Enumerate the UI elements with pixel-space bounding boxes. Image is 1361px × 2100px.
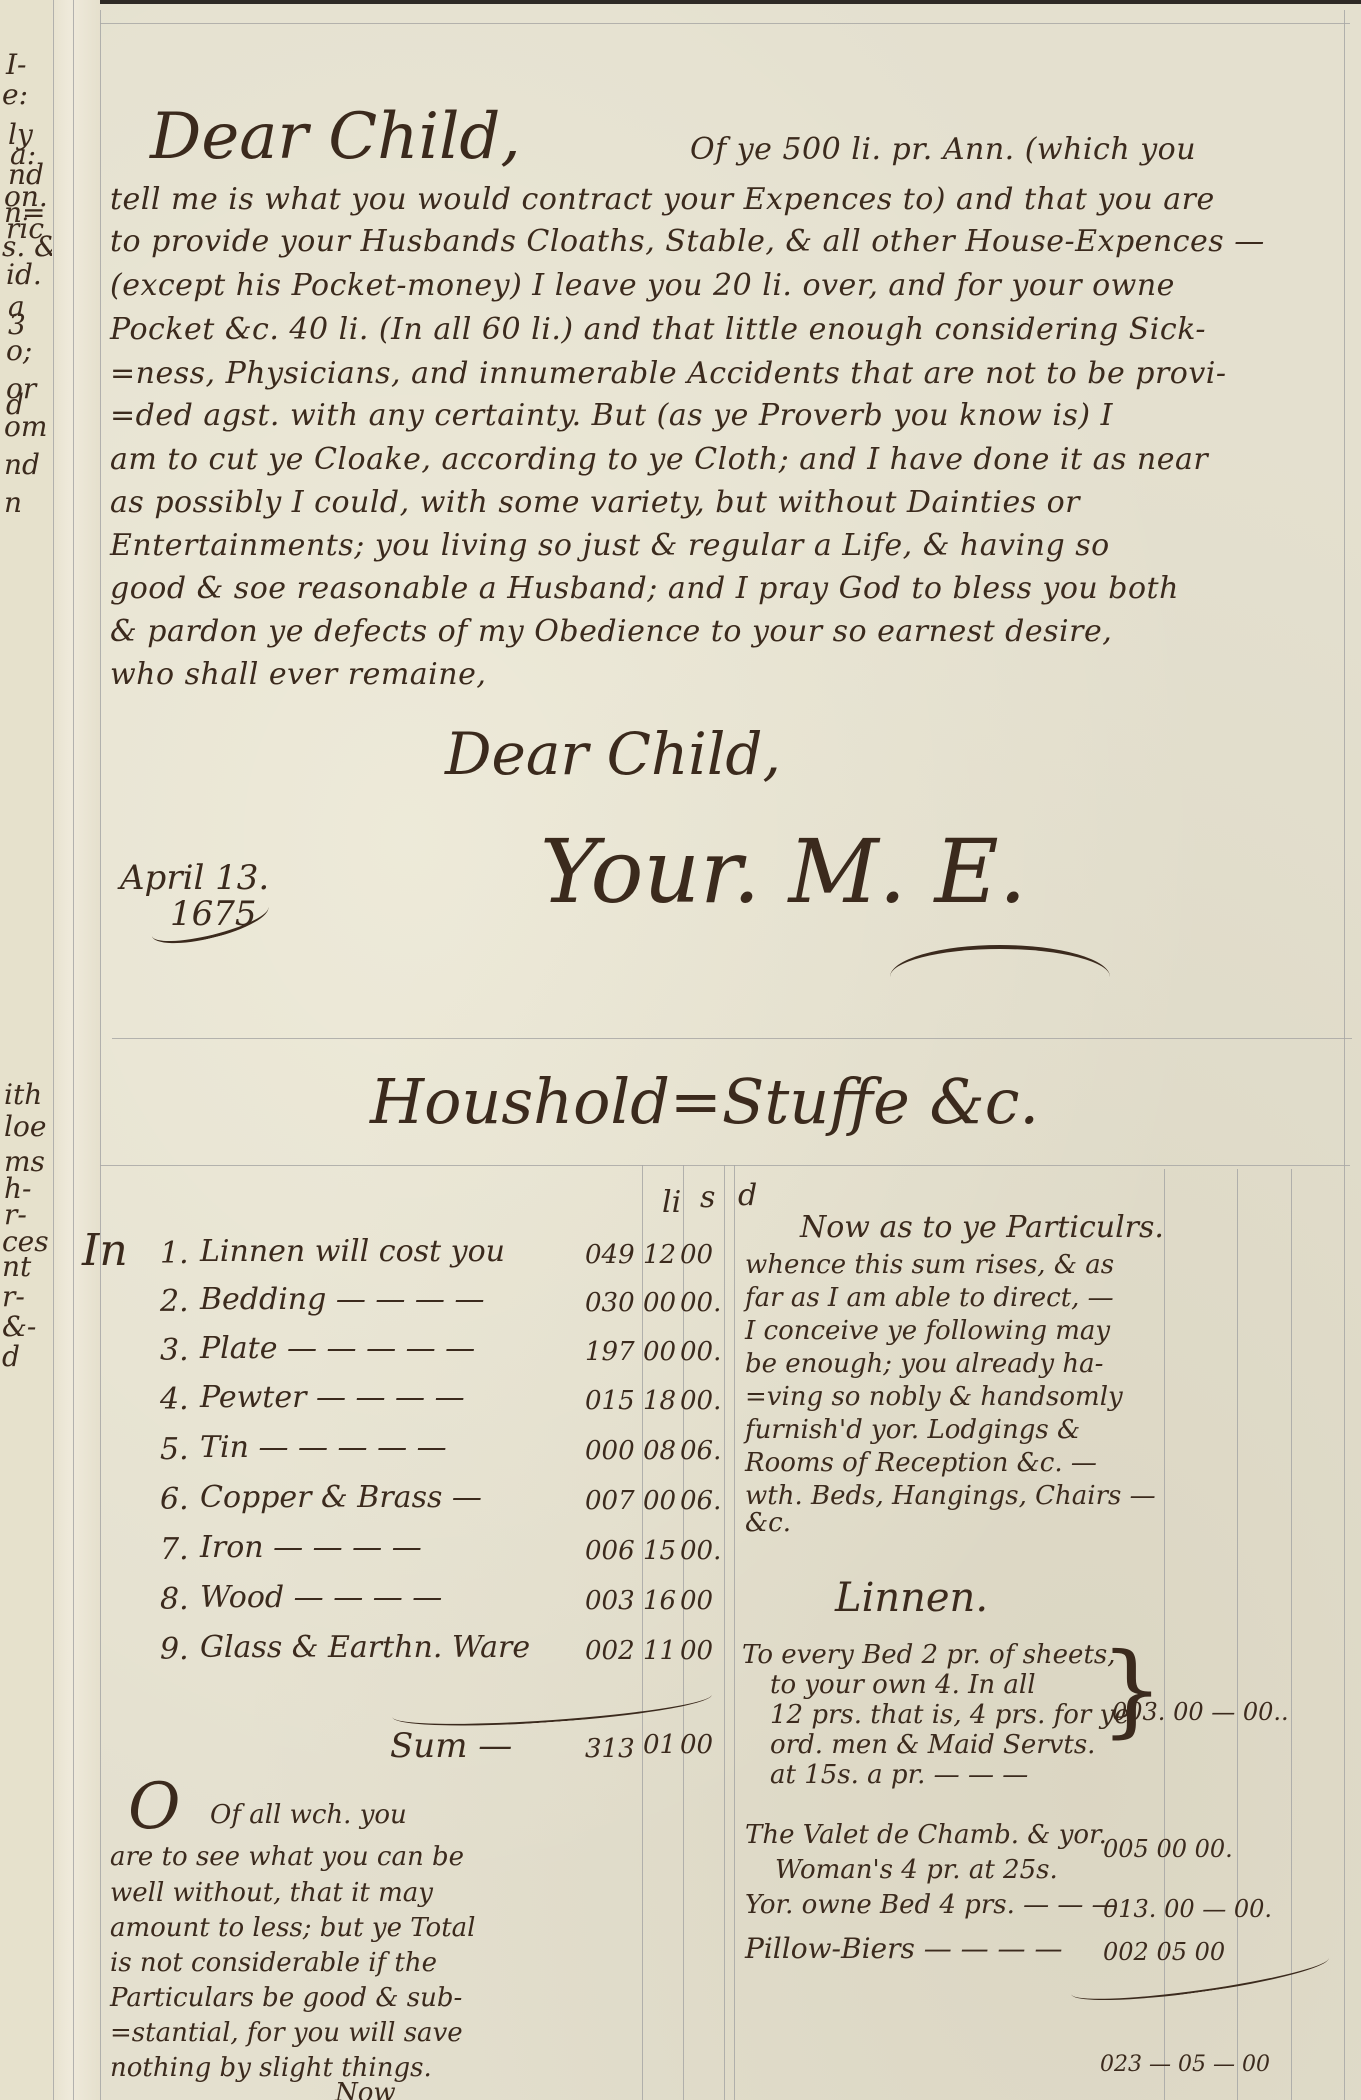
item-number: 6. xyxy=(160,1482,189,1517)
table-intro: In xyxy=(82,1225,128,1276)
facing-fragment: e: xyxy=(2,78,28,111)
intro-line: far as I am able to direct, — xyxy=(745,1283,1114,1313)
note-catchword: Now xyxy=(335,2078,396,2100)
item-name: Tin — — — — — xyxy=(200,1430,447,1465)
margin-rule xyxy=(1344,10,1345,2100)
sum-pounds: 313 xyxy=(585,1734,635,1764)
item-name: Glass & Earthn. Ware xyxy=(200,1630,530,1665)
sum-shillings: 01 xyxy=(643,1730,676,1760)
item-pence: 00. xyxy=(680,1536,721,1566)
linnen-title: Linnen. xyxy=(835,1575,988,1621)
facing-fragment: r- xyxy=(2,1280,25,1313)
facing-fragment: nd xyxy=(4,448,40,481)
item-name: Wood — — — — xyxy=(200,1580,442,1615)
facing-fragment: ith xyxy=(4,1078,42,1111)
facing-fragment: d xyxy=(2,1340,20,1373)
intro-line: furnish'd yor. Lodgings & xyxy=(745,1415,1080,1445)
letter-line: as possibly I could, with some variety, … xyxy=(110,485,1080,520)
entry-line: Pillow-Biers — — — — xyxy=(745,1932,1062,1965)
item-number: 7. xyxy=(160,1532,189,1567)
item-pence: 06. xyxy=(680,1486,721,1516)
item-pence: 00. xyxy=(680,1386,721,1416)
manuscript-page: I- e: ly a: nd on. n= ric s. & id. a 3 o… xyxy=(0,0,1361,2100)
item-name: Plate — — — — — xyxy=(200,1331,475,1366)
letter-line: Of ye 500 li. pr. Ann. (which you xyxy=(690,132,1196,167)
item-pence: 00 xyxy=(680,1240,713,1270)
letter-line: =ded agst. with any certainty. But (as y… xyxy=(110,398,1113,433)
facing-fragment: nt xyxy=(2,1250,31,1283)
entry-line: 12 prs. that is, 4 prs. for ye xyxy=(770,1700,1130,1730)
item-shillings: 18 xyxy=(643,1386,676,1416)
entry-line: To every Bed 2 pr. of sheets, xyxy=(742,1640,1116,1670)
item-pounds: 000 xyxy=(585,1436,635,1466)
pence-column-rule xyxy=(724,1165,725,2100)
facing-fragment: loe xyxy=(4,1110,46,1143)
item-number: 1. xyxy=(160,1236,189,1271)
entry-line: ord. men & Maid Servts. xyxy=(770,1730,1095,1760)
letter-closing: Dear Child, xyxy=(445,720,781,788)
sum-label: Sum — xyxy=(390,1726,512,1766)
facing-page-edge: I- e: ly a: nd on. n= ric s. & id. a 3 o… xyxy=(0,0,52,2100)
section-title: Houshold=Stuffe &c. xyxy=(370,1065,1039,1138)
item-name: Iron — — — — xyxy=(200,1530,422,1565)
fold-line xyxy=(73,0,74,2100)
note-line: =stantial, for you will save xyxy=(110,2018,463,2048)
facing-fragment: o; xyxy=(6,334,32,367)
item-number: 8. xyxy=(160,1582,189,1617)
letter-line: & pardon ye defects of my Obedience to y… xyxy=(110,614,1112,649)
item-name: Pewter — — — — xyxy=(200,1380,465,1415)
item-shillings: 15 xyxy=(643,1536,676,1566)
item-number: 5. xyxy=(160,1432,189,1467)
facing-fragment: I- xyxy=(6,48,27,81)
item-pence: 00 xyxy=(680,1636,713,1666)
intro-line: &c. xyxy=(745,1508,791,1538)
facing-fragment: om xyxy=(4,410,47,443)
pence-column-rule xyxy=(734,1165,735,2100)
book-gutter xyxy=(52,0,100,2100)
item-shillings: 00 xyxy=(643,1486,676,1516)
note-line: amount to less; but ye Total xyxy=(110,1913,475,1943)
facing-fragment: id. xyxy=(6,258,42,291)
entry-line: to your own 4. In all xyxy=(770,1670,1036,1700)
section-divider xyxy=(112,1038,1352,1039)
item-pounds: 030 xyxy=(585,1288,635,1318)
note-line: are to see what you can be xyxy=(110,1842,464,1872)
item-number: 4. xyxy=(160,1382,189,1417)
entry-amount: 013. 00 — 00. xyxy=(1103,1895,1272,1923)
item-pounds: 002 xyxy=(585,1636,635,1666)
item-shillings: 00 xyxy=(643,1337,676,1367)
column-header-pounds: li xyxy=(662,1185,681,1220)
letter-line: (except his Pocket-money) I leave you 20… xyxy=(110,268,1175,303)
intro-line: Now as to ye Particulrs. xyxy=(800,1210,1164,1245)
item-number: 9. xyxy=(160,1632,189,1667)
item-pence: 00. xyxy=(680,1337,721,1367)
letter-line: Entertainments; you living so just & reg… xyxy=(110,528,1110,563)
column-header-pence: d xyxy=(738,1178,757,1213)
item-shillings: 11 xyxy=(643,1636,676,1666)
letter-salutation: Dear Child, xyxy=(150,100,521,174)
linnen-total: 023 — 05 — 00 xyxy=(1100,2052,1270,2077)
item-pence: 06. xyxy=(680,1436,721,1466)
item-pounds: 049 xyxy=(585,1240,635,1270)
letter-line: =ness, Physicians, and innumerable Accid… xyxy=(110,356,1227,391)
letter-line: good & soe reasonable a Husband; and I p… xyxy=(110,571,1179,606)
letter-line: tell me is what you would contract your … xyxy=(110,182,1215,217)
intro-line: be enough; you already ha- xyxy=(745,1349,1103,1379)
item-number: 3. xyxy=(160,1333,189,1368)
margin-rule xyxy=(53,0,54,2100)
top-rule xyxy=(100,23,1350,24)
item-name: Linnen will cost you xyxy=(200,1234,505,1269)
entry-line: at 15s. a pr. — — — xyxy=(770,1760,1028,1790)
item-pence: 00. xyxy=(680,1288,721,1318)
item-pounds: 006 xyxy=(585,1536,635,1566)
item-pounds: 007 xyxy=(585,1486,635,1516)
letter-line: who shall ever remaine, xyxy=(110,657,486,692)
signature-flourish xyxy=(890,945,1110,1009)
intro-line: whence this sum rises, & as xyxy=(745,1250,1114,1280)
item-shillings: 16 xyxy=(643,1586,676,1616)
entry-line: The Valet de Chamb. & yor. xyxy=(745,1820,1107,1850)
letter-signature: Your. M. E. xyxy=(540,820,1027,923)
margin-rule xyxy=(100,10,101,2100)
entry-line: Woman's 4 pr. at 25s. xyxy=(775,1855,1058,1885)
note-line: Particulars be good & sub- xyxy=(110,1983,462,2013)
item-shillings: 08 xyxy=(643,1436,676,1466)
intro-line: Rooms of Reception &c. — xyxy=(745,1448,1097,1478)
item-name: Copper & Brass — xyxy=(200,1480,482,1515)
facing-fragment: &- xyxy=(2,1310,36,1343)
table-top-rule xyxy=(100,1165,1350,1166)
entry-amount: 005 00 00. xyxy=(1103,1835,1233,1863)
item-pounds: 197 xyxy=(585,1337,635,1367)
item-pence: 00 xyxy=(680,1586,713,1616)
item-name: Bedding — — — — xyxy=(200,1282,484,1317)
facing-fragment: n xyxy=(4,486,22,519)
letter-line: am to cut ye Cloake, according to ye Clo… xyxy=(110,442,1208,477)
entry-line: Yor. owne Bed 4 prs. — — — xyxy=(745,1890,1118,1920)
sum-pence: 00 xyxy=(680,1730,713,1760)
column-header-shillings: s xyxy=(700,1180,715,1215)
letter-date: April 13. xyxy=(120,860,269,896)
entry-amount: 003. 00 — 00.. xyxy=(1112,1698,1289,1726)
note-initial: O xyxy=(128,1770,180,1844)
letter-line: to provide your Husbands Cloaths, Stable… xyxy=(110,224,1265,259)
note-line: is not considerable if the xyxy=(110,1948,437,1978)
letter-line: Pocket &c. 40 li. (In all 60 li.) and th… xyxy=(110,312,1206,347)
intro-line: I conceive ye following may xyxy=(745,1316,1110,1346)
item-pounds: 003 xyxy=(585,1586,635,1616)
sum-rule xyxy=(391,1679,712,1733)
item-number: 2. xyxy=(160,1284,189,1319)
item-pounds: 015 xyxy=(585,1386,635,1416)
note-line: well without, that it may xyxy=(110,1878,433,1908)
intro-line: =ving so nobly & handsomly xyxy=(745,1382,1123,1412)
intro-line: wth. Beds, Hangings, Chairs — xyxy=(745,1481,1156,1511)
page-top-edge xyxy=(0,0,1361,4)
note-line: Of all wch. you xyxy=(210,1800,407,1830)
item-shillings: 00 xyxy=(643,1288,676,1318)
item-shillings: 12 xyxy=(643,1240,676,1270)
